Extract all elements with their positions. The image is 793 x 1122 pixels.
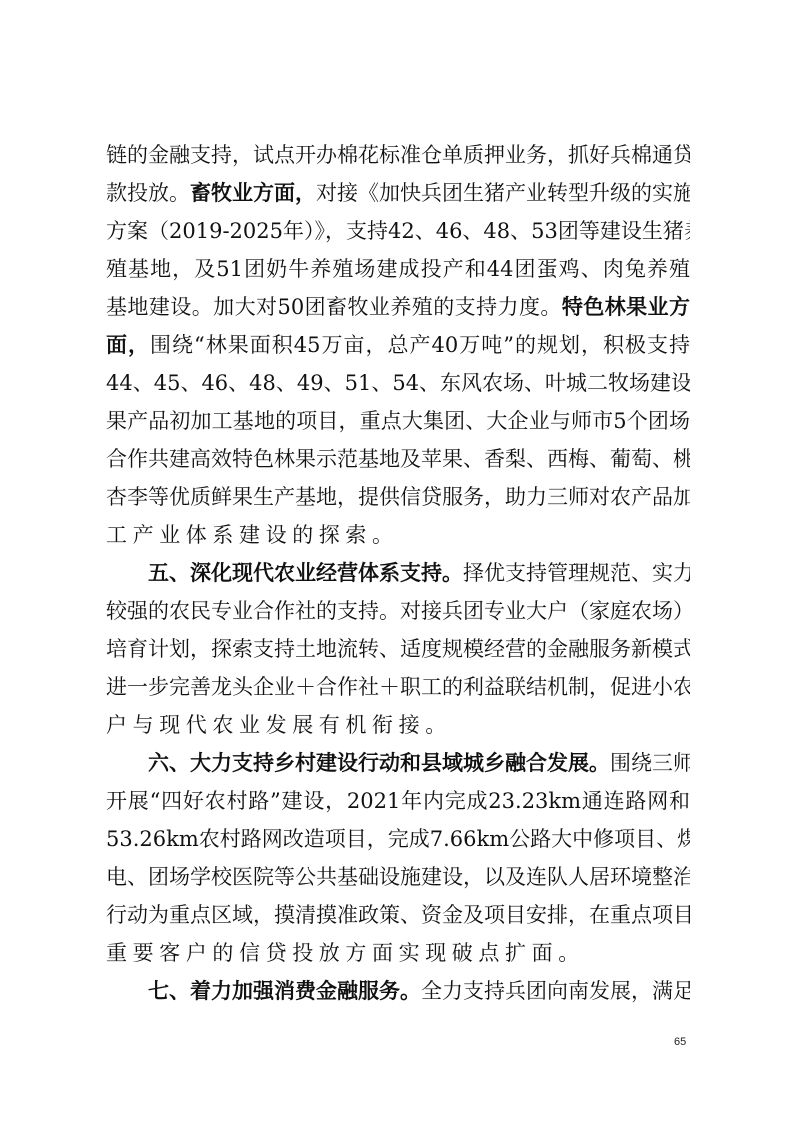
text-line: 53.26km农村路网改造项目，完成7.66km公路大中修项目、煤改 bbox=[106, 820, 690, 858]
subheading-fruit-forestry-cont: 面， bbox=[106, 333, 150, 357]
section-heading-six: 六、大力支持乡村建设行动和县域城乡融合发展。 bbox=[148, 751, 610, 775]
text-run: 果产品初加工基地的项目，重点大集团、大企业与师市5个团场 bbox=[106, 409, 690, 433]
text-run: 殖基地，及51团奶牛养殖场建成投产和44团蛋鸡、肉兔养殖 bbox=[106, 257, 690, 281]
text-line: 工产业体系建设的探索。 bbox=[106, 516, 690, 554]
body-text: 链的金融支持，试点开办棉花标准仓单质押业务，抓好兵棉通贷 款投放。畜牧业方面，对… bbox=[106, 136, 690, 1010]
text-run: 围绕“林果面积45万亩，总产40万吨”的规划，积极支持 bbox=[150, 333, 690, 357]
text-run: 合作共建高效特色林果示范基地及苹果、香梨、西梅、葡萄、桃、 bbox=[106, 447, 690, 471]
text-line: 进一步完善龙头企业＋合作社＋职工的利益联结机制，促进小农 bbox=[106, 668, 690, 706]
text-line: 合作共建高效特色林果示范基地及苹果、香梨、西梅、葡萄、桃、 bbox=[106, 440, 690, 478]
section-heading-seven: 七、着力加强消费金融服务。 bbox=[148, 979, 421, 1003]
section-five-line: 五、深化现代农业经营体系支持。择优支持管理规范、实力 bbox=[106, 554, 690, 592]
text-run: 户与现代农业发展有机衔接。 bbox=[106, 713, 452, 737]
text-line: 重要客户的信贷投放方面实现破点扩面。 bbox=[106, 934, 690, 972]
text-run: 款投放。 bbox=[106, 181, 190, 205]
text-run: 进一步完善龙头企业＋合作社＋职工的利益联结机制，促进小农 bbox=[106, 675, 690, 699]
text-line: 杏李等优质鲜果生产基地，提供信贷服务，助力三师对农产品加 bbox=[106, 478, 690, 516]
text-line: 电、团场学校医院等公共基础设施建设，以及连队人居环境整治 bbox=[106, 858, 690, 896]
text-line: 较强的农民专业合作社的支持。对接兵团专业大户（家庭农场） bbox=[106, 592, 690, 630]
text-line: 款投放。畜牧业方面，对接《加快兵团生猪产业转型升级的实施 bbox=[106, 174, 690, 212]
section-seven-line: 七、着力加强消费金融服务。全力支持兵团向南发展，满足 bbox=[106, 972, 690, 1010]
text-run: 围绕三师 bbox=[610, 751, 690, 775]
text-line: 链的金融支持，试点开办棉花标准仓单质押业务，抓好兵棉通贷 bbox=[106, 136, 690, 174]
text-run: 行动为重点区域，摸清摸准政策、资金及项目安排，在重点项目、 bbox=[106, 903, 690, 927]
text-line: 行动为重点区域，摸清摸准政策、资金及项目安排，在重点项目、 bbox=[106, 896, 690, 934]
text-run: 工产业体系建设的探索。 bbox=[106, 523, 399, 547]
text-run: 方案（2019-2025年）》，支持42、46、48、53团等建设生猪养 bbox=[106, 219, 690, 243]
text-run: 53.26km农村路网改造项目，完成7.66km公路大中修项目、煤改 bbox=[106, 827, 690, 851]
subheading-livestock: 畜牧业方面， bbox=[190, 181, 316, 205]
text-line: 基地建设。加大对50团畜牧业养殖的支持力度。特色林果业方 bbox=[106, 288, 690, 326]
text-line: 果产品初加工基地的项目，重点大集团、大企业与师市5个团场 bbox=[106, 402, 690, 440]
text-run: 44、45、46、48、49、51、54、东风农场、叶城二牧场建设林 bbox=[106, 371, 690, 395]
text-run: 重要客户的信贷投放方面实现破点扩面。 bbox=[106, 941, 585, 965]
text-run: 对接《加快兵团生猪产业转型升级的实施 bbox=[316, 181, 690, 205]
subheading-fruit-forestry: 特色林果业方 bbox=[562, 295, 690, 319]
text-run: 链的金融支持，试点开办棉花标准仓单质押业务，抓好兵棉通贷 bbox=[106, 143, 690, 167]
text-line: 44、45、46、48、49、51、54、东风农场、叶城二牧场建设林 bbox=[106, 364, 690, 402]
text-run: 较强的农民专业合作社的支持。对接兵团专业大户（家庭农场） bbox=[106, 599, 690, 623]
text-run: 培育计划，探索支持土地流转、适度规模经营的金融服务新模式。 bbox=[106, 637, 690, 661]
text-line: 面，围绕“林果面积45万亩，总产40万吨”的规划，积极支持 bbox=[106, 326, 690, 364]
text-run: 全力支持兵团向南发展，满足 bbox=[421, 979, 690, 1003]
section-six-line: 六、大力支持乡村建设行动和县域城乡融合发展。围绕三师 bbox=[106, 744, 690, 782]
text-run: 择优支持管理规范、实力 bbox=[463, 561, 690, 585]
text-line: 殖基地，及51团奶牛养殖场建成投产和44团蛋鸡、肉兔养殖 bbox=[106, 250, 690, 288]
page-number: 65 bbox=[674, 1036, 686, 1048]
text-line: 培育计划，探索支持土地流转、适度规模经营的金融服务新模式。 bbox=[106, 630, 690, 668]
document-page: 链的金融支持，试点开办棉花标准仓单质押业务，抓好兵棉通贷 款投放。畜牧业方面，对… bbox=[0, 0, 793, 1122]
section-heading-five: 五、深化现代农业经营体系支持。 bbox=[148, 561, 463, 585]
text-line: 户与现代农业发展有机衔接。 bbox=[106, 706, 690, 744]
text-run: 杏李等优质鲜果生产基地，提供信贷服务，助力三师对农产品加 bbox=[106, 485, 690, 509]
text-run: 开展“四好农村路”建设，2021年内完成23.23km通连路网和 bbox=[106, 789, 690, 813]
text-line: 开展“四好农村路”建设，2021年内完成23.23km通连路网和 bbox=[106, 782, 690, 820]
text-run: 基地建设。加大对50团畜牧业养殖的支持力度。 bbox=[106, 295, 562, 319]
text-line: 方案（2019-2025年）》，支持42、46、48、53团等建设生猪养 bbox=[106, 212, 690, 250]
text-run: 电、团场学校医院等公共基础设施建设，以及连队人居环境整治 bbox=[106, 865, 690, 889]
